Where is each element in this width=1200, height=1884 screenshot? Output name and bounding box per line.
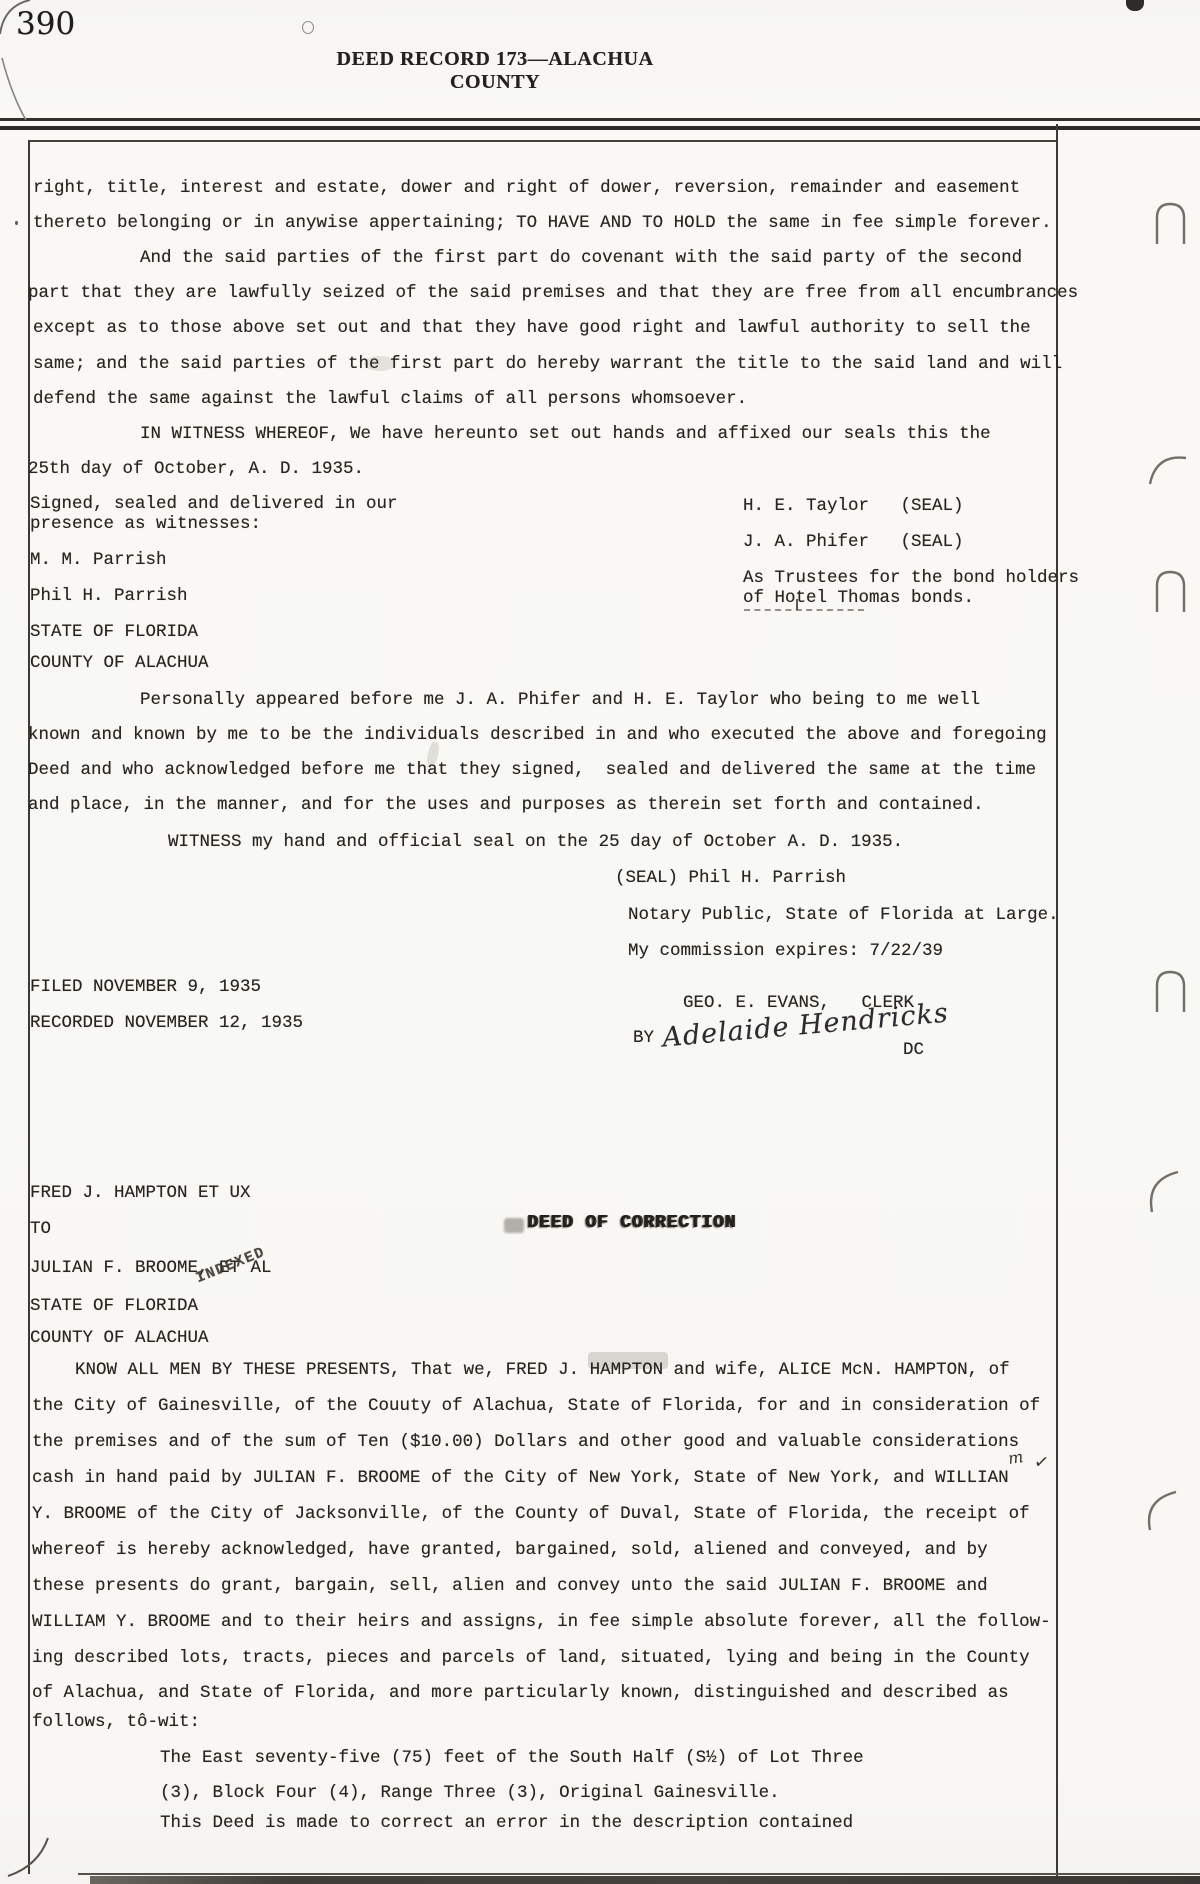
punch-hole-mark: [1157, 204, 1184, 244]
text-line: WITNESS my hand and official seal on the…: [168, 832, 903, 852]
text-line: M. M. Parrish: [30, 550, 167, 570]
page-bottom-edge-line: [78, 1873, 1200, 1875]
punch-hole-mark: [1157, 572, 1184, 612]
text-line: Personally appeared before me J. A. Phif…: [140, 690, 980, 710]
handwritten-correction-letter: m: [1007, 1447, 1025, 1468]
text-line: known and known by me to be the individu…: [28, 725, 1047, 745]
text-line: same; and the said parties of the first …: [33, 354, 1062, 374]
text-line: The East seventy-five (75) feet of the S…: [160, 1748, 864, 1768]
text-line: IN WITNESS WHEREOF, We have hereunto set…: [140, 424, 991, 444]
text-box-right-border: [1056, 124, 1058, 1876]
text-line: presence as witnesses:: [30, 514, 261, 534]
text-box-top-border: [28, 140, 1058, 142]
scan-artifact-stamp-smear: [504, 1218, 524, 1233]
page-number: 390: [16, 6, 75, 42]
punch-hole-mark: [1157, 972, 1184, 1012]
text-line: follows, tô-wit:: [32, 1712, 200, 1732]
text-line: DC: [903, 1040, 924, 1060]
text-line: Deed and who acknowledged before me that…: [28, 760, 1036, 780]
text-box-left-border: [28, 140, 30, 1874]
scan-artifact-ring: [302, 21, 314, 34]
punch-hole-marks: [1149, 204, 1186, 1530]
text-line: WILLIAM Y. BROOME and to their heirs and…: [32, 1612, 1051, 1632]
dashed-underline-mark: [744, 609, 864, 611]
text-line: J. A. Phifer (SEAL): [743, 532, 964, 552]
text-line: cash in hand paid by JULIAN F. BROOME of…: [32, 1468, 1009, 1488]
handwritten-check-mark: ✓: [1033, 1451, 1051, 1474]
text-line: of Alachua, and State of Florida, and mo…: [32, 1683, 1009, 1703]
text-line: RECORDED NOVEMBER 12, 1935: [30, 1013, 303, 1033]
text-line: Signed, sealed and delivered in our: [30, 494, 398, 514]
text-line: 25th day of October, A. D. 1935.: [28, 459, 364, 479]
text-line: Notary Public, State of Florida at Large…: [628, 905, 1059, 925]
header-rule-bottom: [0, 126, 1200, 130]
text-line: whereof is hereby acknowledged, have gra…: [32, 1540, 988, 1560]
text-line: thereto belonging or in anywise appertai…: [33, 213, 1052, 233]
punch-hole-arc: [1149, 1492, 1176, 1530]
text-line: This Deed is made to correct an error in…: [160, 1813, 853, 1833]
text-line: FRED J. HAMPTON ET UX: [30, 1183, 251, 1203]
deed-of-correction-stamp: DEED OF CORRECTION: [527, 1214, 736, 1234]
text-line: of Hotel Thomas bonds.: [743, 588, 974, 608]
text-line: (SEAL) Phil H. Parrish: [615, 868, 846, 888]
punch-hole-arc: [1151, 1172, 1178, 1212]
text-line: ing described lots, tracts, pieces and p…: [32, 1648, 1030, 1668]
text-line: the premises and of the sum of Ten ($10.…: [32, 1432, 1019, 1452]
text-line: As Trustees for the bond holders: [743, 568, 1079, 588]
text-line: My commission expires: 7/22/39: [628, 941, 943, 961]
text-line: and place, in the manner, and for the us…: [28, 795, 984, 815]
scan-artifact-dot: [15, 221, 18, 225]
punch-hole-arc: [1150, 458, 1186, 484]
text-line: part that they are lawfully seized of th…: [28, 283, 1078, 303]
text-line: the City of Gainesville, of the Couuty o…: [32, 1396, 1040, 1416]
text-line: And the said parties of the first part d…: [140, 248, 1022, 268]
text-line: BY: [633, 1028, 654, 1048]
text-line: right, title, interest and estate, dower…: [33, 178, 1020, 198]
text-line: these presents do grant, bargain, sell, …: [32, 1576, 988, 1596]
next-page-edge-strip: [90, 1876, 1200, 1884]
text-line: STATE OF FLORIDA: [30, 1296, 198, 1316]
header-rule-top: [0, 118, 1200, 121]
scan-artifact-top-blob: [1126, 0, 1144, 11]
page-header-title: DEED RECORD 173—ALACHUA COUNTY: [330, 48, 660, 94]
page-curl-line: [2, 58, 26, 120]
text-line: Y. BROOME of the City of Jacksonville, o…: [32, 1504, 1030, 1524]
text-line: KNOW ALL MEN BY THESE PRESENTS, That we,…: [75, 1360, 1010, 1380]
text-line: COUNTY OF ALACHUA: [30, 653, 209, 673]
deed-record-page: 390 DEED RECORD 173—ALACHUA COUNTY right…: [0, 0, 1200, 1884]
text-line: (3), Block Four (4), Range Three (3), Or…: [160, 1783, 780, 1803]
text-line: H. E. Taylor (SEAL): [743, 496, 964, 516]
text-line: TO: [30, 1219, 51, 1239]
text-line: FILED NOVEMBER 9, 1935: [30, 977, 261, 997]
text-line: STATE OF FLORIDA: [30, 622, 198, 642]
text-line: COUNTY OF ALACHUA: [30, 1328, 209, 1348]
text-line: Phil H. Parrish: [30, 586, 188, 606]
text-line: except as to those above set out and tha…: [33, 318, 1031, 338]
text-line: defend the same against the lawful claim…: [33, 389, 747, 409]
